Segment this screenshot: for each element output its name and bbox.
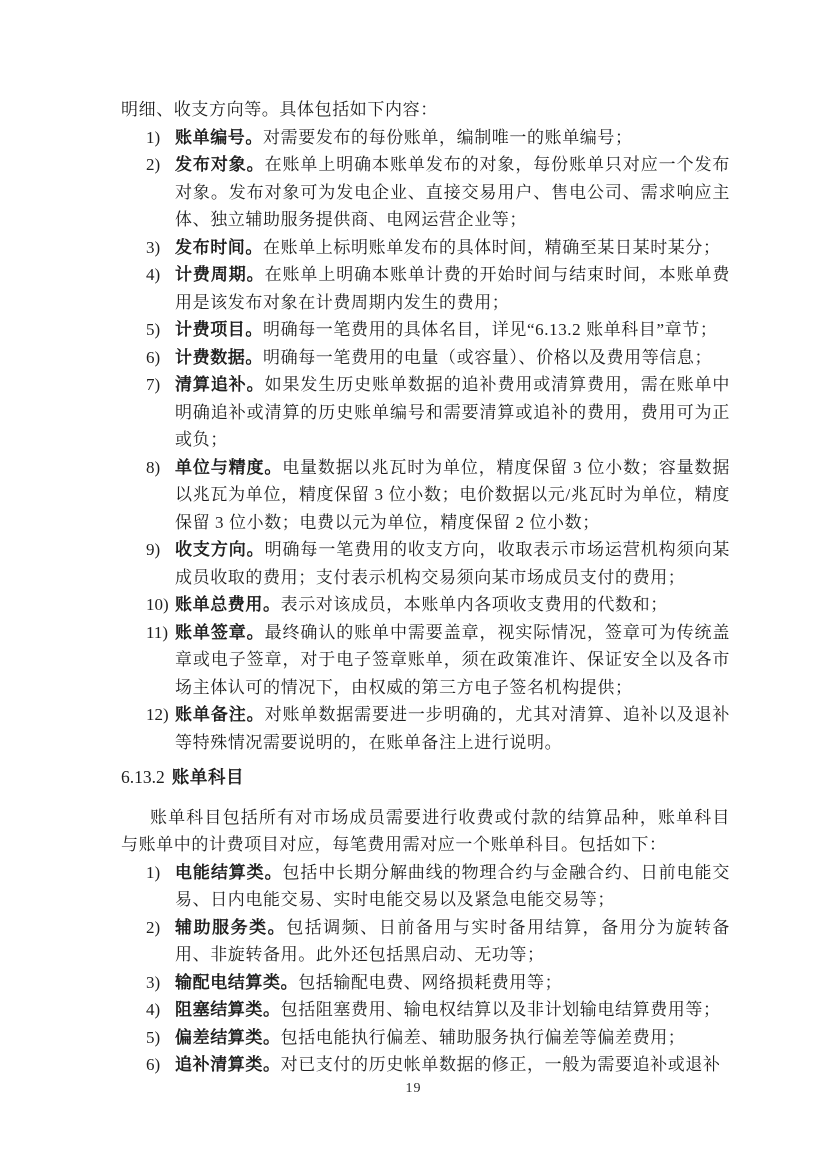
list-item-number: 11): [146, 619, 168, 647]
list-item-term: 账单备注。: [175, 705, 265, 724]
list-item-term: 发布对象。: [175, 155, 265, 174]
list-item-term: 账单编号。: [175, 128, 263, 147]
list-item: 9)收支方向。明确每一笔费用的收支方向，收取表示市场运营机构须向某成员收取的费用…: [121, 536, 730, 591]
list-item-term: 计费项目。: [175, 320, 263, 339]
list-item-number: 8): [146, 454, 160, 482]
list-item-text: 对需要发布的每份账单，编制唯一的账单编号；: [263, 128, 633, 147]
list-item: 6)追补清算类。对已支付的历史帐单数据的修正，一般为需要追补或退补: [121, 1051, 730, 1079]
list-item-term: 辅助服务类。: [175, 918, 286, 937]
list-item-term: 单位与精度。: [175, 458, 282, 477]
section-number: 6.13.2: [121, 767, 165, 787]
list-item: 2)辅助服务类。包括调频、日前备用与实时备用结算，备用分为旋转备用、非旋转备用。…: [121, 914, 730, 969]
list-item: 3)输配电结算类。包括输配电费、网络损耗费用等；: [121, 969, 730, 997]
list-item-number: 4): [146, 261, 160, 289]
list-item-term: 输配电结算类。: [175, 973, 298, 992]
list-item-text: 对已支付的历史帐单数据的修正，一般为需要追补或退补: [281, 1055, 721, 1074]
list-item-number: 1): [146, 124, 160, 152]
list-item-text: 表示对该成员，本账单内各项收支费用的代数和；: [281, 595, 668, 614]
list-item-term: 计费周期。: [175, 265, 265, 284]
list-item: 8)单位与精度。电量数据以兆瓦时为单位，精度保留 3 位小数；容量数据以兆瓦为单…: [121, 454, 730, 537]
list-item: 4)阻塞结算类。包括阻塞费用、输电权结算以及非计划输电结算费用等；: [121, 996, 730, 1024]
list-item-number: 10): [146, 591, 169, 619]
list-item-number: 6): [146, 1051, 160, 1079]
list-item-text: 包括电能执行偏差、辅助服务执行偏差等偏差费用；: [281, 1028, 686, 1047]
list-item-term: 账单总费用。: [175, 595, 281, 614]
list-item-text: 明确每一笔费用的电量（或容量）、价格以及费用等信息；: [263, 348, 712, 367]
list-item: 1)电能结算类。包括中长期分解曲线的物理合约与金融合约、日前电能交易、日内电能交…: [121, 859, 730, 914]
list-item-term: 收支方向。: [175, 540, 265, 559]
list-item: 1)账单编号。对需要发布的每份账单，编制唯一的账单编号；: [121, 124, 730, 152]
list-item-number: 3): [146, 234, 160, 262]
list-item: 5)偏差结算类。包括电能执行偏差、辅助服务执行偏差等偏差费用；: [121, 1024, 730, 1052]
document-page: 明细、收支方向等。具体包括如下内容： 1)账单编号。对需要发布的每份账单，编制唯…: [0, 0, 827, 1169]
list-item-term: 追补清算类。: [175, 1055, 281, 1074]
list-item-text: 包括阻塞费用、输电权结算以及非计划输电结算费用等；: [281, 1000, 721, 1019]
list-item-text: 明确每一笔费用的具体名目，详见“6.13.2 账单科目”章节；: [263, 320, 717, 339]
list-item: 4)计费周期。在账单上明确本账单计费的开始时间与结束时间，本账单费用是该发布对象…: [121, 261, 730, 316]
list-item-text: 在账单上标明账单发布的具体时间，精确至某日某时某分；: [263, 238, 721, 257]
list-item-text: 包括输配电费、网络损耗费用等；: [298, 973, 562, 992]
list-item-term: 电能结算类。: [175, 863, 282, 882]
intro-paragraph: 明细、收支方向等。具体包括如下内容：: [121, 96, 730, 124]
section-title: 账单科目: [172, 767, 244, 787]
list-item-term: 发布时间。: [175, 238, 263, 257]
list-item: 2)发布对象。在账单上明确本账单发布的对象，每份账单只对应一个发布对象。发布对象…: [121, 151, 730, 234]
list-item: 7)清算追补。如果发生历史账单数据的追补费用或清算费用，需在账单中明确追补或清算…: [121, 371, 730, 454]
list-item-number: 9): [146, 536, 160, 564]
list-item-term: 阻塞结算类。: [175, 1000, 281, 1019]
list-item-term: 账单签章。: [175, 623, 265, 642]
list-item-number: 2): [146, 914, 160, 942]
section-intro-paragraph: 账单科目包括所有对市场成员需要进行收费或付款的结算品种，账单科目与账单中的计费项…: [121, 804, 730, 859]
list-item-number: 5): [146, 316, 160, 344]
list-item: 10)账单总费用。表示对该成员，本账单内各项收支费用的代数和；: [121, 591, 730, 619]
list-item-term: 清算追补。: [175, 375, 265, 394]
list-item-number: 2): [146, 151, 160, 179]
list-item: 5)计费项目。明确每一笔费用的具体名目，详见“6.13.2 账单科目”章节；: [121, 316, 730, 344]
list-item: 3)发布时间。在账单上标明账单发布的具体时间，精确至某日某时某分；: [121, 234, 730, 262]
list-item-number: 5): [146, 1024, 160, 1052]
list-item-number: 4): [146, 996, 160, 1024]
list-item: 12)账单备注。对账单数据需要进一步明确的，尤其对清算、追补以及退补等特殊情况需…: [121, 701, 730, 756]
page-number: 19: [0, 1081, 827, 1097]
list-item: 11)账单签章。最终确认的账单中需要盖章，视实际情况，签章可为传统盖章或电子签章…: [121, 619, 730, 702]
list-item-number: 12): [146, 701, 169, 729]
list-item-term: 计费数据。: [175, 348, 263, 367]
list-item-number: 7): [146, 371, 160, 399]
section-heading: 6.13.2账单科目: [121, 764, 730, 792]
list-item: 6)计费数据。明确每一笔费用的电量（或容量）、价格以及费用等信息；: [121, 344, 730, 372]
list-item-number: 1): [146, 859, 160, 887]
page-content: 明细、收支方向等。具体包括如下内容： 1)账单编号。对需要发布的每份账单，编制唯…: [121, 96, 730, 1079]
list-item-number: 6): [146, 344, 160, 372]
list-item-number: 3): [146, 969, 160, 997]
list-item-term: 偏差结算类。: [175, 1028, 281, 1047]
